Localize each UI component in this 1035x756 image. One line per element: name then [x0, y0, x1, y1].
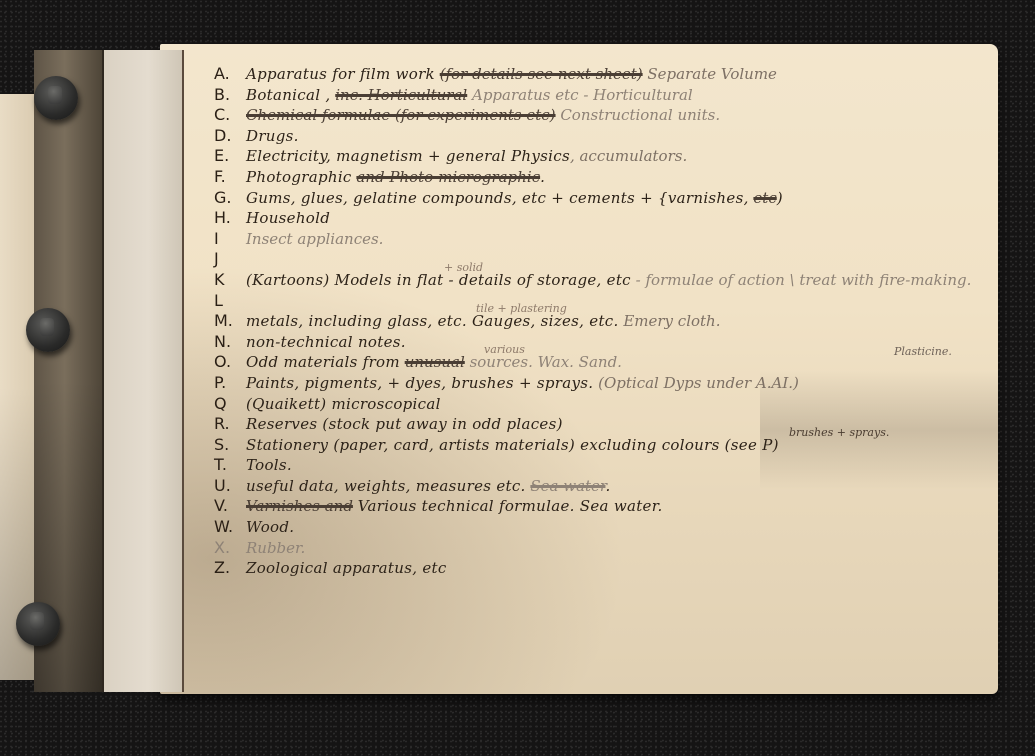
- index-entry: L: [214, 291, 994, 312]
- entry-added-text: Apparatus etc - Horticultural: [472, 86, 693, 104]
- entry-added-text: Rubber.: [246, 539, 305, 557]
- entry-letter: G.: [214, 188, 246, 209]
- entry-struck-text: Varnishes and: [246, 497, 353, 515]
- binding-shadow: [34, 380, 102, 692]
- index-entry: W.Wood.: [214, 517, 994, 538]
- entry-added-text: Insect appliances.: [246, 230, 383, 248]
- entry-text: (Kartoons) Models in flat - details of s…: [246, 271, 631, 289]
- entry-text: (Quaikett) microscopical: [246, 395, 441, 413]
- entry-letter: R.: [214, 414, 246, 435]
- index-entry: O.Odd materials from unusual sources. Wa…: [214, 352, 994, 373]
- entry-letter: C.: [214, 105, 246, 126]
- entry-text: Apparatus for film work: [246, 65, 435, 83]
- index-entry: M.metals, including glass, etc. Gauges, …: [214, 311, 994, 332]
- entry-added-text: Separate Volume: [647, 65, 777, 83]
- entry-struck-text: Chemical formulae (for experiments etc): [246, 106, 556, 124]
- entry-added-text: ): [777, 189, 783, 207]
- entry-letter: I: [214, 229, 246, 250]
- binding-bolt-icon: [26, 308, 70, 352]
- entry-added-text: Emery cloth.: [623, 312, 720, 330]
- binding-bolt-icon: [34, 76, 78, 120]
- index-entry: IInsect appliances.: [214, 229, 994, 250]
- index-entry: E.Electricity, magnetism + general Physi…: [214, 146, 994, 167]
- index-entry: Z.Zoological apparatus, etc: [214, 558, 994, 579]
- entry-letter: S.: [214, 435, 246, 456]
- entry-text: Stationery (paper, card, artists materia…: [246, 436, 779, 454]
- entry-letter: W.: [214, 517, 246, 538]
- entry-letter: N.: [214, 332, 246, 353]
- entry-letter: Z.: [214, 558, 246, 579]
- entry-letter: T.: [214, 455, 246, 476]
- index-entry: G.Gums, glues, gelatine compounds, etc +…: [214, 188, 994, 209]
- index-entry: C.Chemical formulae (for experiments etc…: [214, 105, 994, 126]
- entry-struck-text: inc. Horticultural: [335, 86, 467, 104]
- entry-struck-text: Sea water: [530, 477, 605, 495]
- index-entry: U.useful data, weights, measures etc. Se…: [214, 476, 994, 497]
- entry-letter: Q: [214, 394, 246, 415]
- entry-letter: D.: [214, 126, 246, 147]
- entry-text: non-technical notes.: [246, 333, 406, 351]
- entry-added-text: .: [605, 477, 610, 495]
- entry-letter: X.: [214, 538, 246, 559]
- entry-text: Reserves (stock put away in odd places): [246, 415, 563, 433]
- index-entry: X.Rubber.: [214, 538, 994, 559]
- entry-text: Paints, pigments, + dyes, brushes + spra…: [246, 374, 593, 392]
- entry-text: Gums, glues, gelatine compounds, etc + c…: [246, 189, 749, 207]
- entry-letter: A.: [214, 64, 246, 85]
- entry-added-text: Various technical formulae. Sea water.: [358, 497, 663, 515]
- entry-letter: J: [214, 249, 246, 270]
- entry-struck-text: and Photo-micrographic: [356, 168, 540, 186]
- entry-letter: H.: [214, 208, 246, 229]
- index-entry: T.Tools.: [214, 455, 994, 476]
- entry-added-text: , accumulators.: [570, 147, 687, 165]
- binding-bolt-icon: [16, 602, 60, 646]
- index-entry: P.Paints, pigments, + dyes, brushes + sp…: [214, 373, 994, 394]
- index-entry: K(Kartoons) Models in flat - details of …: [214, 270, 994, 291]
- entry-text: Household: [246, 209, 330, 227]
- entry-letter: M.: [214, 311, 246, 332]
- index-entry: F.Photographic and Photo-micrographic.: [214, 167, 994, 188]
- index-entry: H.Household: [214, 208, 994, 229]
- entry-text: Electricity, magnetism + general Physics: [246, 147, 570, 165]
- index-entry: S.Stationery (paper, card, artists mater…: [214, 435, 994, 456]
- entry-letter: K: [214, 270, 246, 291]
- entry-text: useful data, weights, measures etc.: [246, 477, 526, 495]
- entry-text: Zoological apparatus, etc: [246, 559, 447, 577]
- entry-text: Drugs.: [246, 127, 299, 145]
- index-entry: J: [214, 249, 994, 270]
- page-stub: [98, 50, 184, 692]
- entry-text: Odd materials from: [246, 353, 400, 371]
- entry-letter: P.: [214, 373, 246, 394]
- entry-letter: E.: [214, 146, 246, 167]
- entry-struck-text: (for details see next sheet): [440, 65, 643, 83]
- entry-letter: V.: [214, 496, 246, 517]
- annotation-above: brushes + sprays.: [789, 423, 889, 444]
- annotation-above: tile + plastering: [476, 299, 567, 320]
- index-entry: V.Varnishes and Various technical formul…: [214, 496, 994, 517]
- index-entry: A.Apparatus for film work (for details s…: [214, 64, 994, 85]
- entry-added-text: .: [540, 168, 545, 186]
- index-list: A.Apparatus for film work (for details s…: [214, 64, 994, 579]
- annotation-above: Plasticine.: [894, 342, 952, 363]
- annotation-above: various: [484, 340, 525, 361]
- entry-letter: U.: [214, 476, 246, 497]
- entry-struck-text: etc: [753, 189, 776, 207]
- entry-letter: F.: [214, 167, 246, 188]
- entry-letter: B.: [214, 85, 246, 106]
- annotation-above: + solid: [444, 258, 483, 279]
- entry-struck-text: unusual: [405, 353, 465, 371]
- entry-added-text: (Optical Dyps under A.AI.): [598, 374, 799, 392]
- index-entry: D.Drugs.: [214, 126, 994, 147]
- index-entry: Q(Quaikett) microscopical: [214, 394, 994, 415]
- index-entry: N.non-technical notes.: [214, 332, 994, 353]
- entry-letter: L: [214, 291, 246, 312]
- entry-added-text: Constructional units.: [560, 106, 720, 124]
- index-entry: B.Botanical , inc. Horticultural Apparat…: [214, 85, 994, 106]
- entry-letter: O.: [214, 352, 246, 373]
- entry-text: Wood.: [246, 518, 294, 536]
- entry-added-text: - formulae of action \ treat with fire-m…: [636, 271, 972, 289]
- entry-text: Photographic: [246, 168, 352, 186]
- entry-text: Tools.: [246, 456, 292, 474]
- entry-text: Botanical ,: [246, 86, 330, 104]
